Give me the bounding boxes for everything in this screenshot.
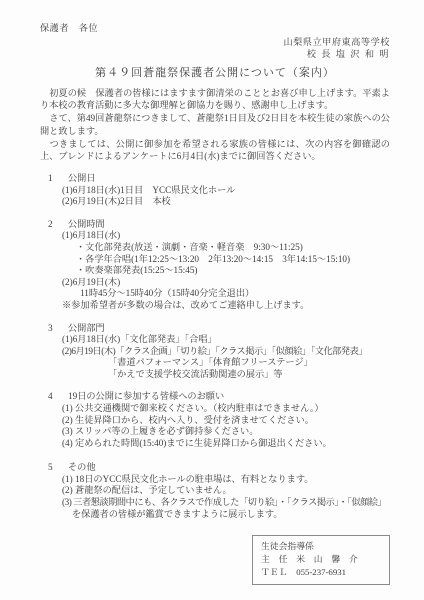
section-line: (1) 18日のYCC県民文化ホールの駐車場は、有料となります。 — [62, 474, 390, 486]
section-line: (2)6月19日(木)2日目 本校 — [62, 196, 390, 208]
section-title: 公開時間 — [68, 219, 105, 229]
section-line: (2) 生徒昇降口から、校内へ入り、受付を済ませてください。 — [62, 415, 390, 427]
section-heading: 2公開時間 — [48, 219, 390, 231]
document-page: 保護者 各位 山梨県立甲府東高等学校 校 長 塩 沢 和 明 第４９回蒼龍祭保護… — [0, 0, 424, 600]
contact-staff: 主 任 米 山 馨 介 — [261, 553, 381, 566]
section-line: 「かえで支援学校交流活動関連の展示」等 — [108, 369, 390, 381]
section-heading: 1公開日 — [48, 173, 390, 185]
section-line: (1) 公共交通機関で御来校ください。（校内駐車はできません。） — [62, 403, 390, 415]
section-title: その他 — [68, 462, 96, 472]
section-open-hours: 2公開時間 (1)6月18日(水) ・文化部発表(放送・演劇・音楽・軽音楽 9:… — [40, 219, 390, 312]
section-line: 「書道パフォーマンス」「体育館フリーステージ」 — [108, 357, 390, 369]
intro-paragraph-3: つきましては、公開に御参加を希望される家族の皆様には、次の内容を御確認の上、ブレ… — [40, 138, 390, 162]
section-line: (1)6月18日(水)1日目 YCC県民文化ホール — [62, 185, 390, 197]
school-name: 山梨県立甲府東高等学校 — [40, 36, 390, 48]
section-heading: 5その他 — [48, 462, 390, 474]
intro-paragraph-2: さて、第49回蒼龍祭につきまして、蒼龍祭1日目及び2日目を本校生徒の家族への公開… — [40, 112, 390, 136]
intro-paragraphs: 初夏の候 保護者の皆様にはますます御清栄のこととお喜び申し上げます。平素より本校… — [40, 87, 390, 162]
section-number: 2 — [48, 219, 68, 231]
section-number: 1 — [48, 173, 68, 185]
section-title: 19日の公開に参加する皆様へのお願い — [68, 391, 224, 401]
section-line: (1)6月18日(水) — [62, 230, 390, 242]
section-line: ・各学年合唱(1年12:25～13:20 2年13:20～14:15 3年14:… — [76, 254, 390, 266]
section-line: (4) 定められた時間(15:40)までに生徒昇降口から御退出ください。 — [62, 438, 390, 450]
section-line: ・吹奏楽部発表(15:25～15:45) — [76, 265, 390, 277]
section-note-line: ※参加希望者が多数の場合は、改めてご連絡申し上げます。 — [62, 300, 390, 312]
section-line: (2) 蒼龍祭の配信は、予定していません。 — [62, 485, 390, 497]
section-title: 公開日 — [68, 173, 96, 183]
section-line: 11時45分～15時40分（15時40分完全退出） — [80, 288, 390, 300]
section-heading: 419日の公開に参加する皆様へのお願い — [48, 391, 390, 403]
section-line: (3) 三者懇談期間中にも、各クラスで作成した「切り絵」・「クラス掲示」・「似顔… — [62, 497, 390, 509]
contact-box: 生徒会指導係 主 任 米 山 馨 介 ＴＥＬ 055-237-6931 — [252, 535, 390, 585]
section-title: 公開部門 — [68, 323, 105, 333]
intro-paragraph-1: 初夏の候 保護者の皆様にはますます御清栄のこととお喜び申し上げます。平素より本校… — [40, 87, 390, 111]
section-number: 4 — [48, 391, 68, 403]
section-open-departments: 3公開部門 (1)6月18日(水)「文化部発表」「合唱」 (2)6月19日(木)… — [40, 323, 390, 381]
contact-tel: ＴＥＬ 055-237-6931 — [261, 566, 381, 579]
addressee: 保護者 各位 — [40, 22, 390, 34]
section-heading: 3公開部門 — [48, 323, 390, 335]
document-title: 第４９回蒼龍祭保護者公開について（案内） — [40, 66, 390, 80]
section-others: 5その他 (1) 18日のYCC県民文化ホールの駐車場は、有料となります。 (2… — [40, 462, 390, 520]
section-line: を保護者の皆様が鑑賞できますように展示します。 — [72, 509, 390, 521]
section-number: 5 — [48, 462, 68, 474]
sender-block: 山梨県立甲府東高等学校 校 長 塩 沢 和 明 — [40, 36, 390, 61]
principal-name: 校 長 塩 沢 和 明 — [40, 48, 390, 61]
section-requests: 419日の公開に参加する皆様へのお願い (1) 公共交通機関で御来校ください。（… — [40, 391, 390, 449]
contact-department: 生徒会指導係 — [261, 540, 381, 553]
section-line: (2)6月19日(木) — [62, 277, 390, 289]
section-number: 3 — [48, 323, 68, 335]
section-line: (1)6月18日(水)「文化部発表」「合唱」 — [62, 334, 390, 346]
section-line: (2)6月19日(木)「クラス企画」「切り絵」「クラス掲示」「似顔絵」「文化部発… — [62, 346, 390, 358]
section-line: ・文化部発表(放送・演劇・音楽・軽音楽 9:30～11:25) — [76, 242, 390, 254]
section-open-dates: 1公開日 (1)6月18日(水)1日目 YCC県民文化ホール (2)6月19日(… — [40, 173, 390, 208]
section-line: (3) スリッパ等の上履きを必ず御持参ください。 — [62, 426, 390, 438]
